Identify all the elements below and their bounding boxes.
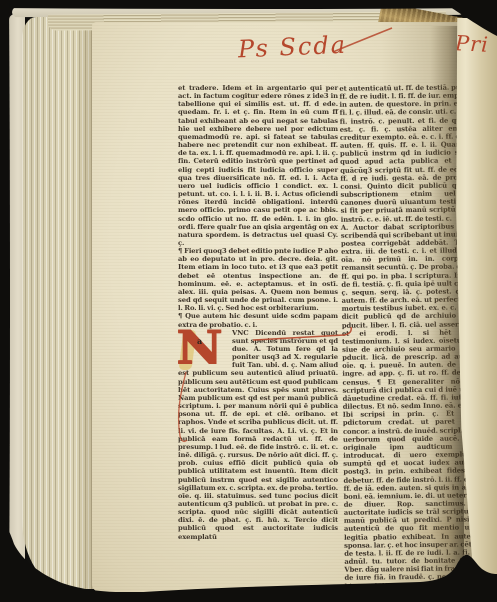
facing-running-title: Pri (454, 31, 489, 57)
book-photo: Ps Scda et tradere. Idem et in argentari… (0, 0, 497, 602)
paragraph-text: VNC Dicendū restat quot sunt species ins… (178, 329, 338, 541)
open-page: Ps Scda et tradere. Idem et in argentari… (92, 22, 472, 592)
text-paragraph: ¶ Fieri quoq3 debet editio pnte iudice P… (178, 247, 338, 312)
running-title: Ps Scda (237, 31, 347, 64)
text-column-left: et tradere. Idem et in argentario qui pe… (178, 84, 338, 541)
illuminated-initial: N a (178, 330, 228, 366)
fanned-page-edges (22, 17, 96, 589)
text-paragraph-with-initial: N a VNC Dicendū restat quot sunt species… (178, 329, 338, 541)
initial-letter: N (176, 325, 222, 369)
text-paragraph: ¶ Que autem hic desunt uide scdm papam e… (178, 312, 338, 328)
text-paragraph: et tradere. Idem et in argentario qui pe… (178, 84, 338, 247)
yellow-wash-accent (179, 330, 197, 370)
guide-letter: a (197, 337, 202, 345)
foxing-stain (212, 82, 282, 108)
